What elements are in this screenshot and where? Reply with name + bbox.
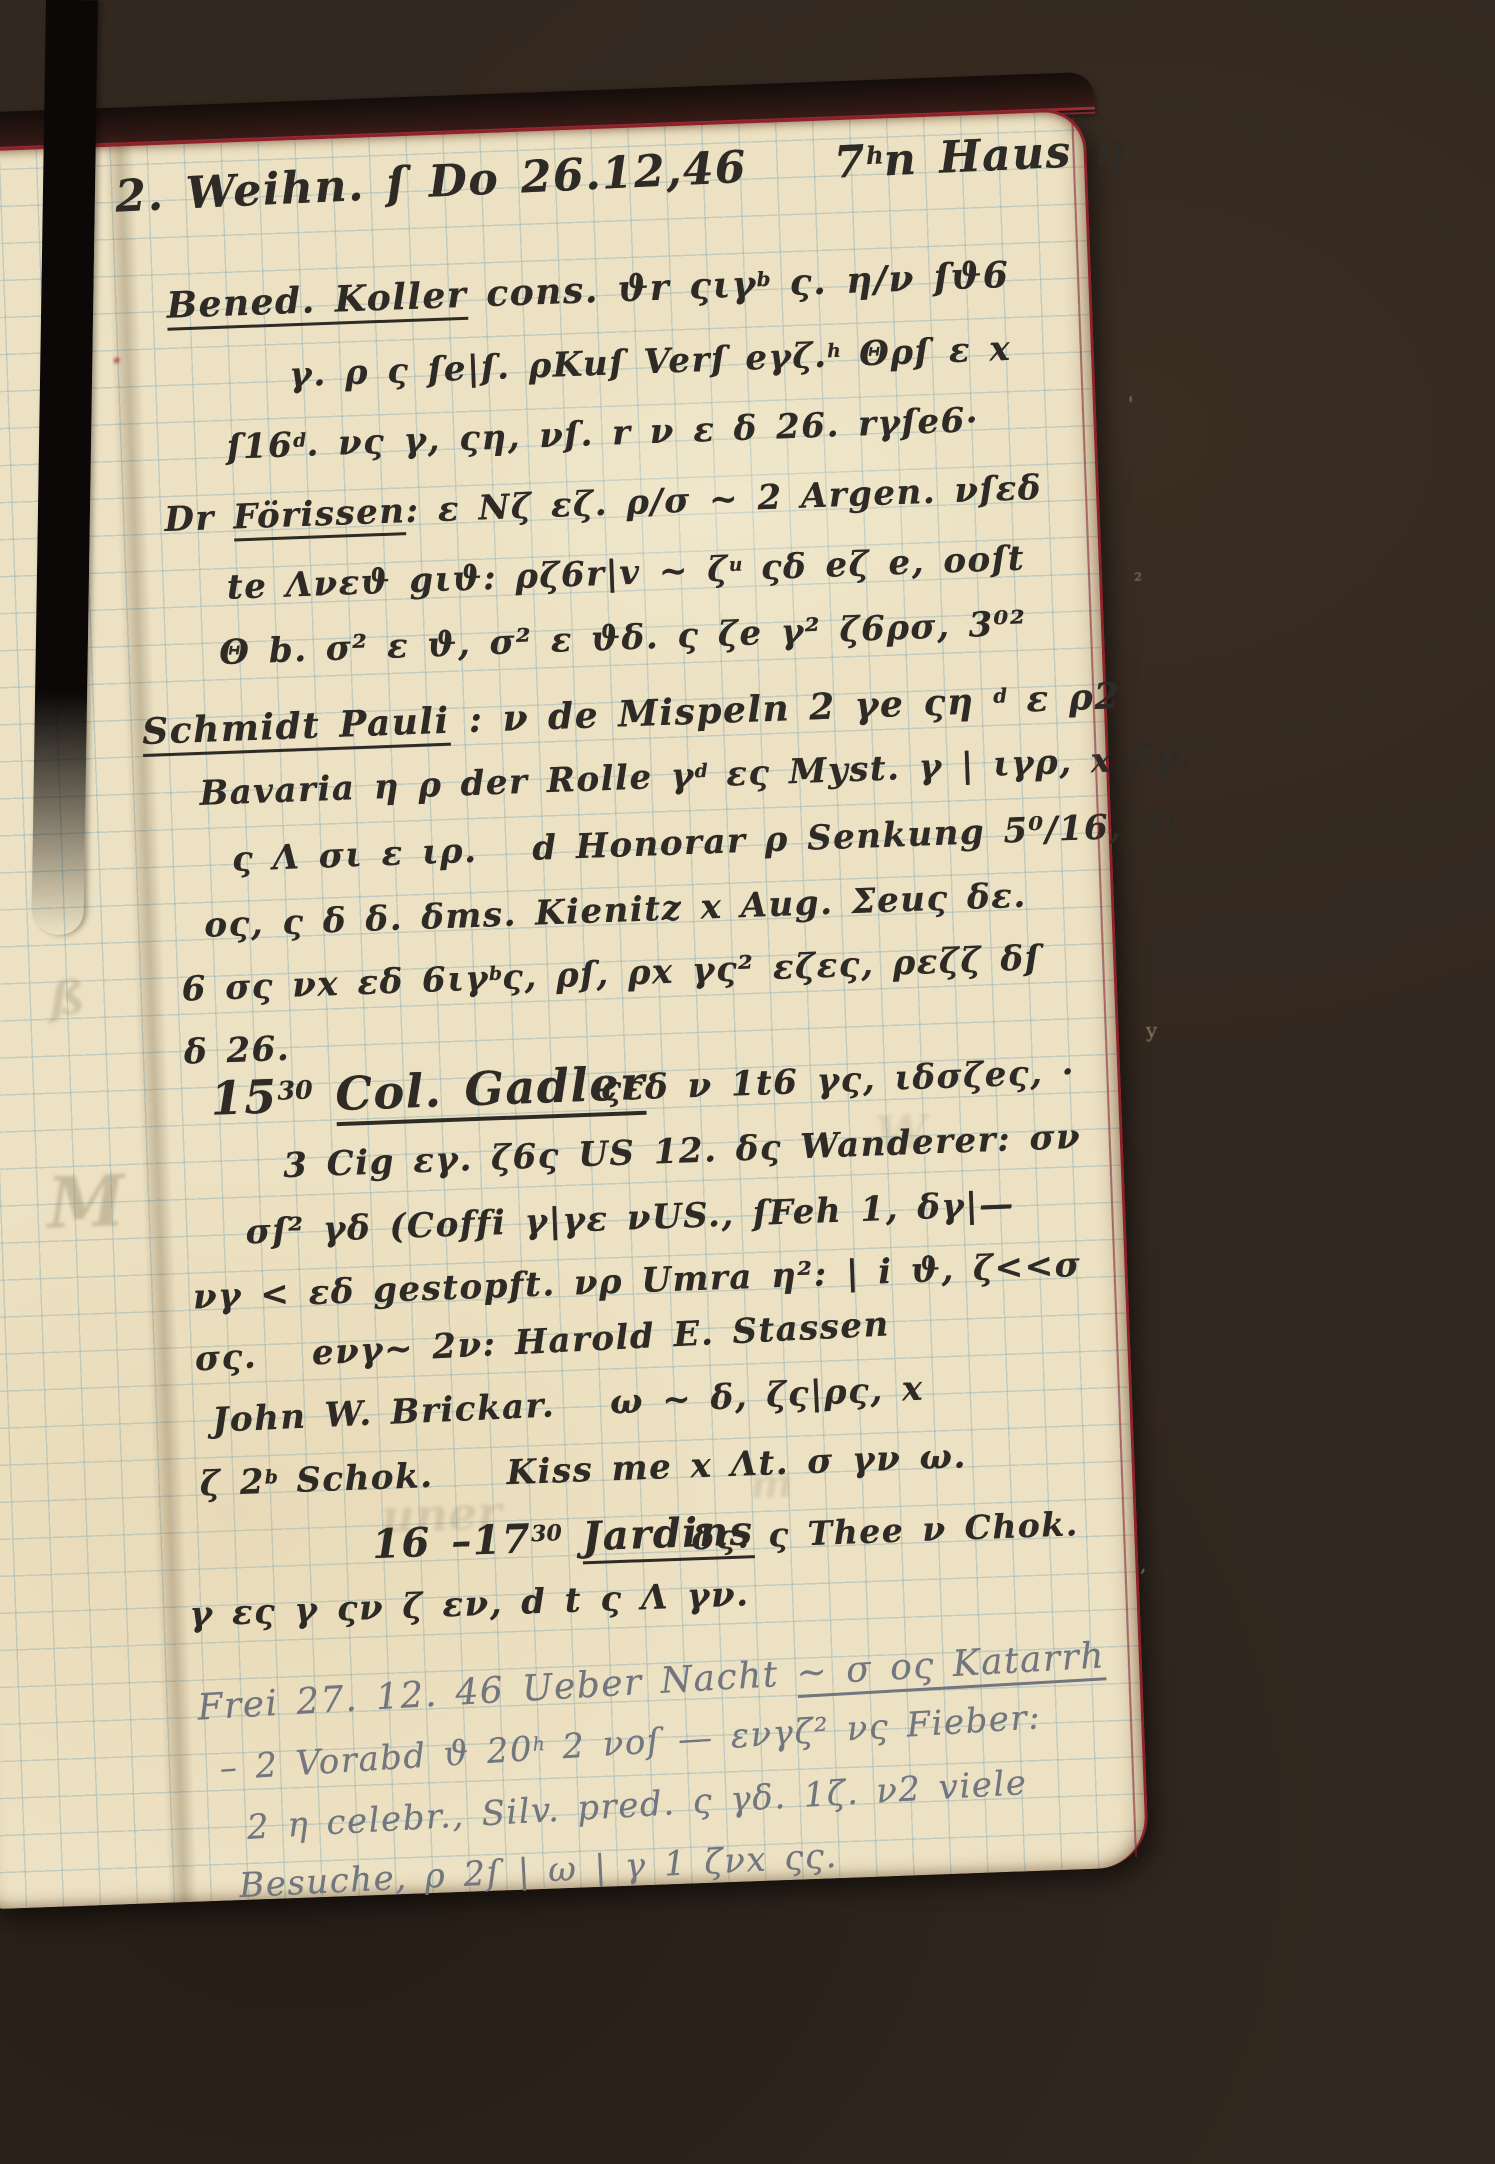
handwriting-segment: d [993,683,1008,707]
handwriting-segment: h [827,340,841,362]
handwriting-segment: γ. ρ ς ſe|ſ. ρKuſ Verſ eγζ. [289,336,829,396]
handwriting-segment: γ ες γ ςν ζ εν, d t ς Λ γν. [189,1574,750,1634]
handwriting-segment: ος, ς δ δ. δms. Kienitz x Aug. Σeuς δε. [204,876,1028,946]
handwriting-line: ςεδ ν 1t6 γς, ιδσζeς, · [600,1052,1076,1109]
handwriting-segment: Dr [164,498,234,540]
handwriting-line: γ ες γ ςν ζ εν, d t ς Λ γν. [189,1574,750,1634]
handwriting-segment: ζ 2 [199,1462,266,1504]
handwriting-segment: 2 νοſ — ενγζ² νς Fieber: [544,1697,1042,1768]
handwriting-segment: ſ16 [226,425,294,467]
handwriting-segment: ς. η/ν ſϑ6 [770,254,1010,305]
handwriting-segment [561,1513,583,1561]
handwriting-segment: Schok. Kiss me x Λt. σ γν ω. [277,1436,967,1501]
handwriting-segment: ες Myst. γ | ιγρ, x δγ. [707,738,1193,796]
backdrop-speck: ² [1134,568,1142,592]
handwriting-segment: σſ² γδ (Coffi γ|γε νUS., ſFeh 1, δγ|— [245,1184,1015,1252]
handwriting-segment: d [694,760,708,782]
notebook: vßMunermW· 2. Weihn. ſ Do 26.12,46 7hn H… [0,108,1149,1909]
handwriting-segment: Θρſ ε x [840,329,1012,375]
handwriting-segment: νγ < εδ gestopft. νρ Umra η²: | i ϑ, ζ<<… [192,1245,1082,1318]
handwriting-line: Bened. Koller cons. ϑr ςιγb ς. η/ν ſϑ6 [166,254,1010,327]
handwriting-line: ς Λ σι ε ιρ. d Honorar ρ Senkung 5⁰/16, … [231,805,1180,880]
handwriting-segment: n Haus η. [883,123,1145,186]
handwriting-segment: cons. ϑr ςιγ [467,263,758,316]
handwriting-line: Besuche, ρ 2ſ | ω | γ 1 ζνx ςς. [238,1836,838,1906]
handwriting-segment: ς Λ σι ε ιρ. d Honorar ρ Senkung 5⁰/16, … [231,805,1180,880]
handwriting-segment: Besuche, ρ 2ſ | ω | γ 1 ζνx ςς. [238,1836,838,1906]
handwriting-segment: 6 σς νx εδ 6ιγ [181,958,490,1009]
handwriting-segment: John W. Brickar. ω ~ δ, ζς|ρς, x [211,1369,924,1441]
handwriting-segment: : ν de Mispeln 2 γe ςη [449,680,994,742]
notebook-page: vßMunermW· 2. Weihn. ſ Do 26.12,46 7hn H… [0,108,1149,1909]
handwriting-segment: ςεδ ν 1t6 γς, ιδσζeς, · [600,1052,1076,1109]
photo-backdrop: vßMunermW· 2. Weihn. ſ Do 26.12,46 7hn H… [0,0,1495,2164]
backdrop-speck: , [1140,1552,1146,1576]
handwriting-segment: Θ b. σ² ε ϑ, σ² ε ϑδ. ς ζe γ² ζ6ρσ, 3⁰² [219,604,1028,674]
handwriting-segment: b [756,267,771,291]
handwriting-line: ζ 2b Schok. Kiss me x Λt. σ γν ω. [199,1436,967,1504]
handwriting-line: γ. ρ ς ſe|ſ. ρKuſ Verſ eγζ.h Θρſ ε x [289,329,1012,395]
handwriting-segment: 16 –17 [371,1515,532,1568]
handwriting-line: Schmidt Pauli : ν de Mispeln 2 γe ςη d ε… [141,675,1121,753]
handwriting-segment: b [488,963,502,985]
handwriting-line: ſ16d. νς γ, ςη, νſ. r ν ε δ 26. rγſe6· [226,400,980,468]
handwriting-line: Θ b. σ² ε ϑ, σ² ε ϑδ. ς ζe γ² ζ6ρσ, 3⁰² [219,604,1028,674]
handwriting-line: te Λνεϑ gιϑ: ρζ6r|v ~ ζu ςδ eζ e, οοſt [226,539,1025,608]
handwriting-segment: 3 Cig εγ. ζ6ς US 12. δς Wanderer: σν [283,1117,1082,1186]
handwriting-segment: ε ρ2 [1007,675,1122,721]
handwriting-line: ος, ς δ δ. δms. Kienitz x Aug. Σeuς δε. [204,876,1028,946]
handwriting-segment: Bavaria η ρ der Rolle γ [199,756,696,814]
handwriting-segment: δ 26. [183,1029,291,1073]
handwriting-layer: 2. Weihn. ſ Do 26.12,46 7hn Haus η.Bened… [0,111,1146,1909]
handwriting-segment: b [264,1466,278,1488]
handwriting-segment: Schmidt Pauli [141,700,450,757]
handwriting-segment [312,1067,336,1122]
handwriting-segment: 30 [277,1074,313,1105]
backdrop-speck: y [1146,1018,1157,1042]
backdrop-speck: ' [1128,392,1134,416]
handwriting-segment: 15 [210,1069,279,1125]
handwriting-line: 2. Weihn. ſ Do 26.12,46 7hn Haus η. [114,123,1145,222]
handwriting-line: νγ < εδ gestopft. νρ Umra η²: | i ϑ, ζ<<… [192,1245,1082,1318]
handwriting-segment: u [728,554,742,576]
handwriting-segment: 2. Weihn. ſ Do 26.12,46 7 [114,136,867,222]
handwriting-segment: ςδ eζ e, οοſt [742,539,1026,589]
handwriting-segment: ς, ρſ, ρx γς² εζες, ρεζζ δſ [501,938,1041,998]
handwriting-line: 6 σς νx εδ 6ιγbς, ρſ, ρx γς² εζες, ρεζζ … [181,938,1041,1009]
handwriting-segment: h [865,140,884,170]
handwriting-segment: Förissen [232,491,406,541]
handwriting-segment: . νς γ, ςη, νſ. r ν ε δ 26. rγſe6· [306,400,980,465]
handwriting-segment: – 2 Vorabd ϑ 20 [218,1729,534,1789]
handwriting-line: δ 26. [183,1029,291,1073]
handwriting-segment: d [293,429,307,451]
handwriting-line: Dr Förissen: ε Νζ εζ. ρ/σ ~ 2 Argen. νſε… [164,468,1043,540]
handwriting-segment: : ε Νζ εζ. ρ/σ ~ 2 Argen. νſεδ [405,468,1043,531]
handwriting-segment: 30 [531,1520,563,1547]
handwriting-segment: Bened. Koller [166,274,468,331]
handwriting-segment: te Λνεϑ gιϑ: ρζ6r|v ~ ζ [226,549,729,607]
handwriting-segment: ~ σ ος Katarrh [795,1635,1106,1698]
handwriting-line: σſ² γδ (Coffi γ|γε νUS., ſFeh 1, δγ|— [245,1184,1015,1252]
handwriting-segment: σς. eνγ~ 2ν: Harold E. Stassen [194,1304,891,1379]
handwriting-line: 3 Cig εγ. ζ6ς US 12. δς Wanderer: σν [283,1117,1082,1186]
handwriting-line: σς. eνγ~ 2ν: Harold E. Stassen [194,1304,891,1379]
handwriting-line: John W. Brickar. ω ~ δ, ζς|ρς, x [211,1369,924,1441]
